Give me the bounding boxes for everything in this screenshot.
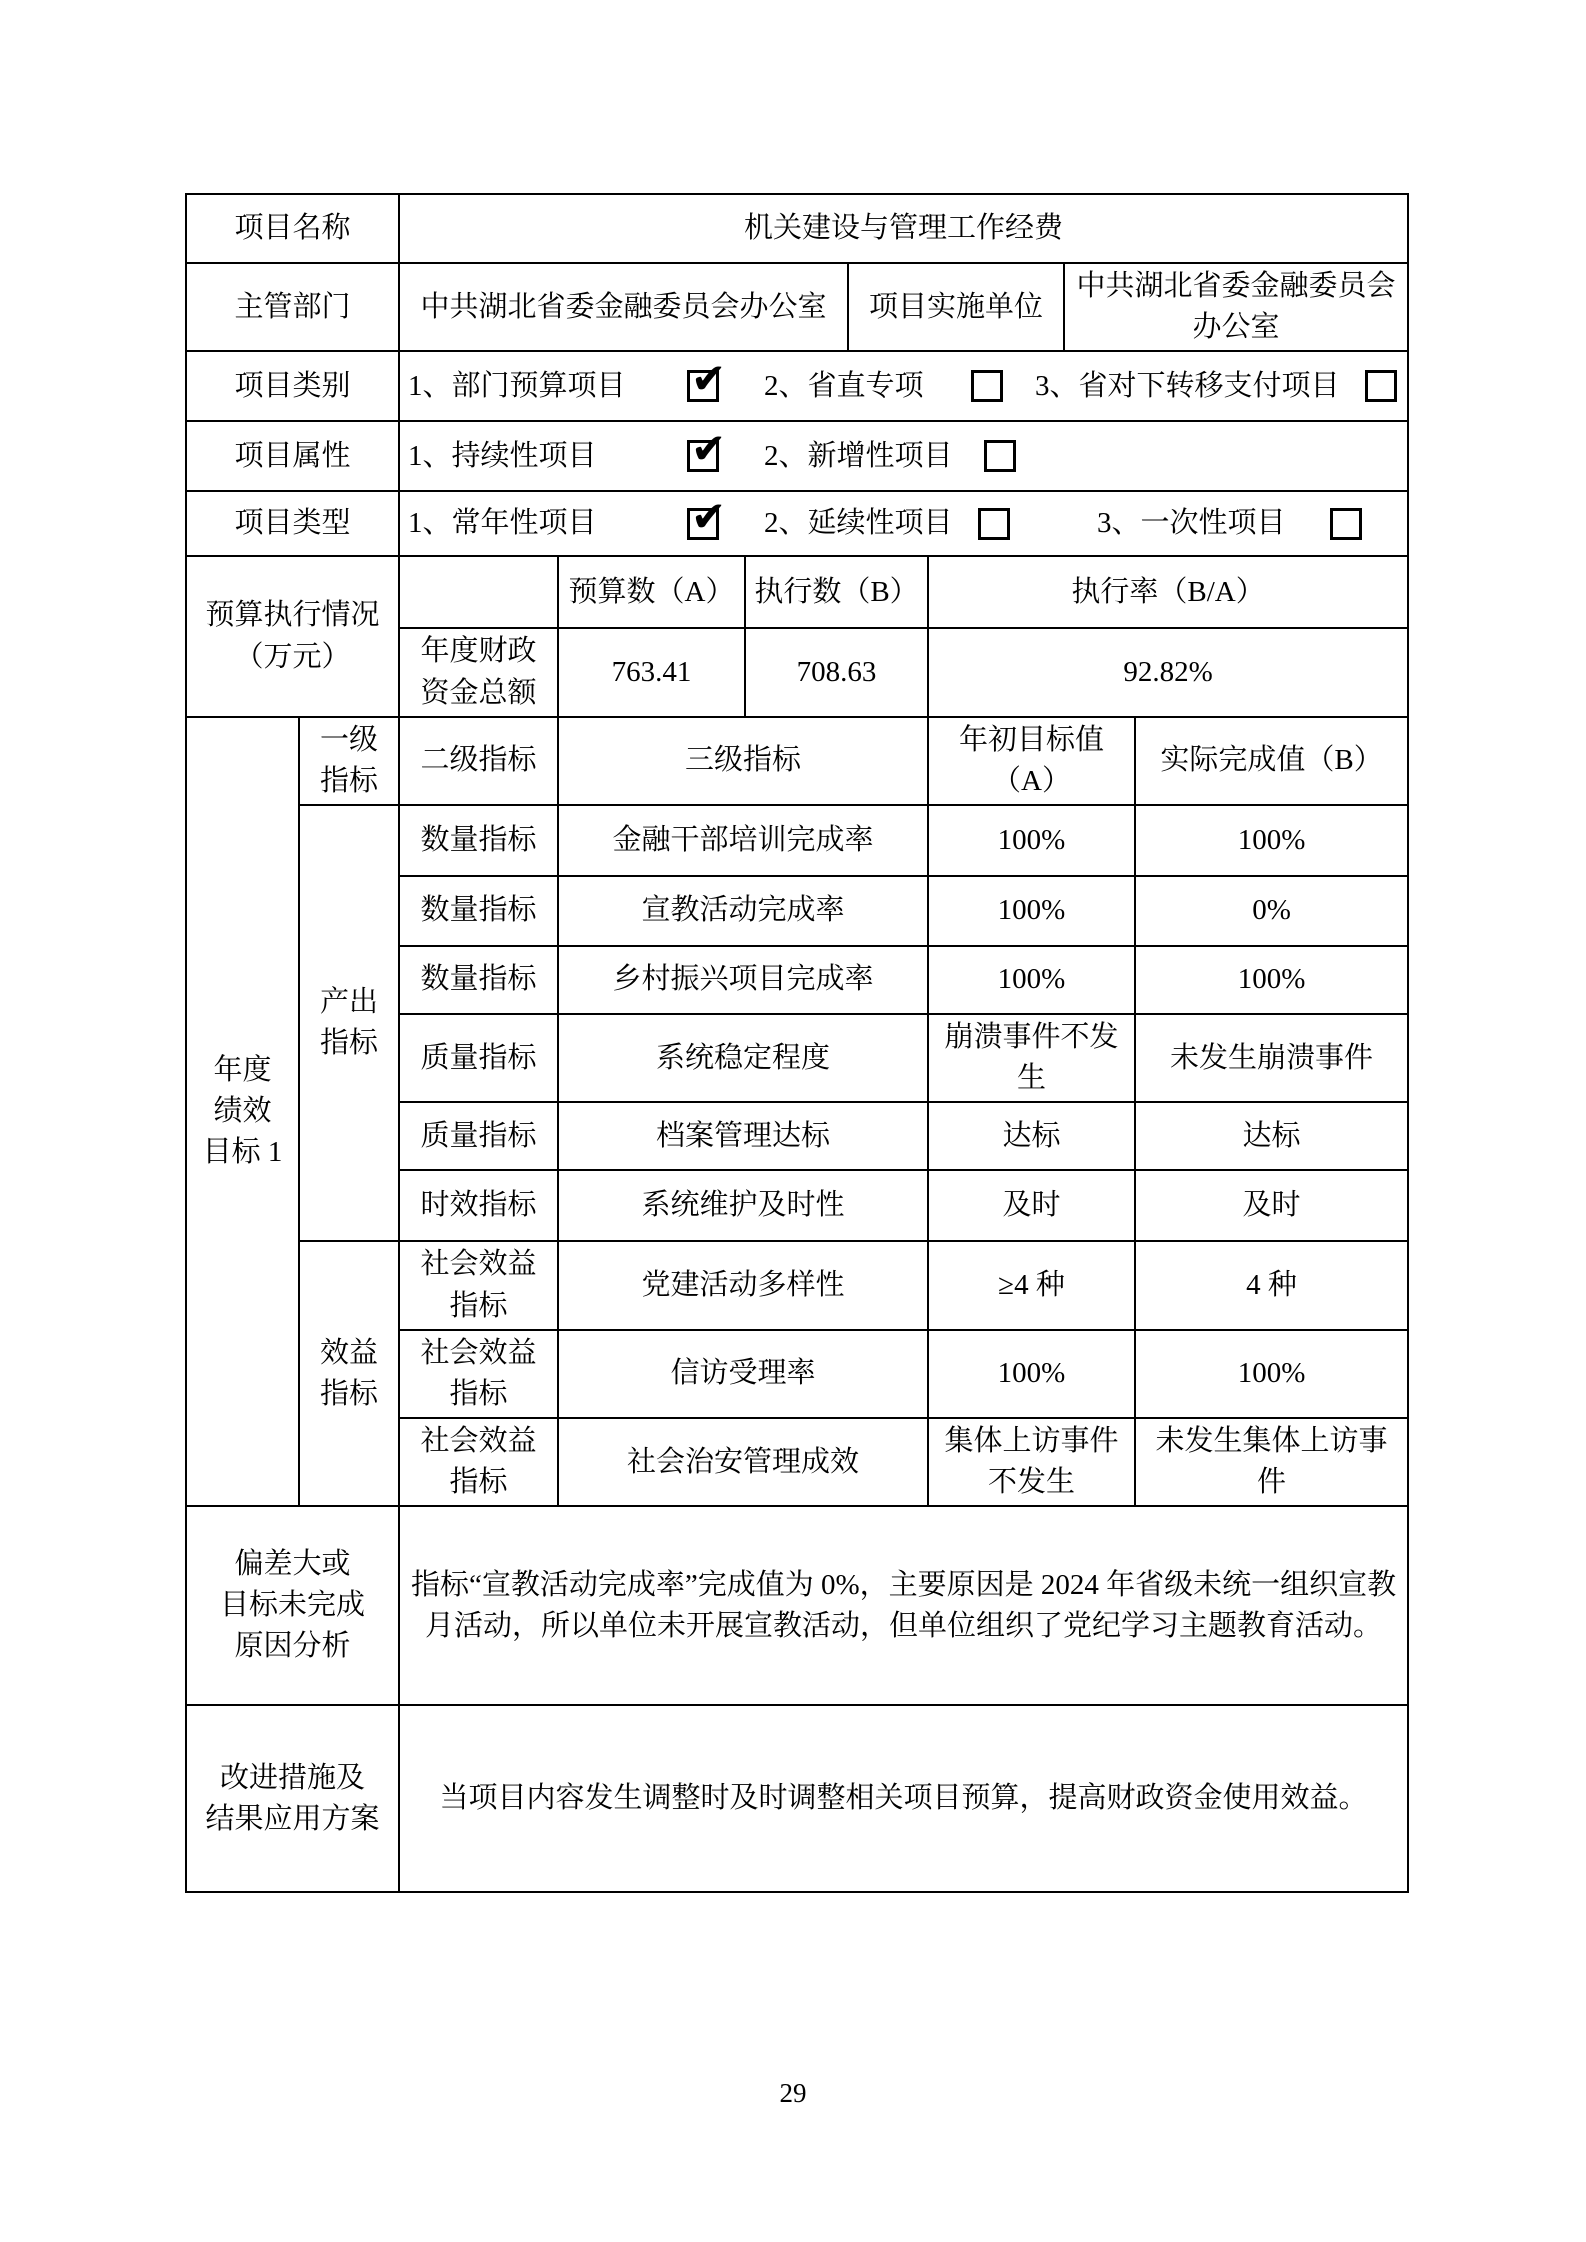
budget-section-label: 预算执行情况 （万元） bbox=[186, 556, 399, 716]
indicator-target: 100% bbox=[928, 1330, 1135, 1418]
indicator-actual: 0% bbox=[1135, 876, 1408, 946]
level2-header: 二级指标 bbox=[399, 717, 558, 805]
indicator-level3: 社会治安管理成效 bbox=[558, 1418, 928, 1506]
indicator-level2: 社会效益指标 bbox=[399, 1418, 558, 1506]
row-indicator-header: 年度 绩效 目标 1 一级 指标 二级指标 三级指标 年初目标值 （A） 实际完… bbox=[186, 717, 1408, 805]
row-attribute: 项目属性 1、持续性项目 ✔ 2、新增性项目 bbox=[186, 421, 1408, 491]
level3-header: 三级指标 bbox=[558, 717, 928, 805]
indicator-target: 集体上访事件不发生 bbox=[928, 1418, 1135, 1506]
indicator-level2: 社会效益指标 bbox=[399, 1241, 558, 1329]
indicator-target: 达标 bbox=[928, 1102, 1135, 1170]
indicator-level3: 乡村振兴项目完成率 bbox=[558, 946, 928, 1014]
level1-header: 一级 指标 bbox=[299, 717, 399, 805]
indicator-actual: 4 种 bbox=[1135, 1241, 1408, 1329]
category-option-2-label: 2、省直专项 bbox=[764, 366, 971, 407]
indicator-level3: 系统维护及时性 bbox=[558, 1170, 928, 1241]
indicator-actual: 100% bbox=[1135, 1330, 1408, 1418]
improvement-text: 当项目内容发生调整时及时调整相关项目预算，提高财政资金使用效益。 bbox=[399, 1705, 1408, 1892]
ptype-option-3-label: 3、一次性项目 bbox=[1097, 503, 1300, 544]
indicator-actual: 100% bbox=[1135, 946, 1408, 1014]
indicator-target: 及时 bbox=[928, 1170, 1135, 1241]
row-improvement: 改进措施及 结果应用方案 当项目内容发生调整时及时调整相关项目预算，提高财政资金… bbox=[186, 1705, 1408, 1892]
indicator-target: 100% bbox=[928, 805, 1135, 876]
checkbox-category-1-checked: ✔ bbox=[687, 370, 719, 402]
row-project-type: 项目类型 1、常年性项目 ✔ 2、延续性项目 3、一次性项目 bbox=[186, 491, 1408, 556]
indicator-actual: 100% bbox=[1135, 805, 1408, 876]
checkbox-category-3-unchecked bbox=[1365, 370, 1397, 402]
indicator-level2: 质量指标 bbox=[399, 1014, 558, 1102]
performance-table-wrapper: 项目名称 机关建设与管理工作经费 主管部门 中共湖北省委金融委员会办公室 项目实… bbox=[185, 193, 1409, 1893]
indicator-target: 100% bbox=[928, 946, 1135, 1014]
output-indicator-label: 产出 指标 bbox=[299, 805, 399, 1241]
checkbox-attribute-1-checked: ✔ bbox=[687, 440, 719, 472]
impl-unit-label: 项目实施单位 bbox=[848, 263, 1064, 351]
budget-col-b-header: 执行数（B） bbox=[745, 556, 928, 628]
department-label: 主管部门 bbox=[186, 263, 399, 351]
deviation-text: 指标“宣教活动完成率”完成值为 0%，主要原因是 2024 年省级未统一组织宣教… bbox=[399, 1506, 1408, 1705]
benefit-indicator-label: 效益 指标 bbox=[299, 1241, 399, 1506]
document-page: 项目名称 机关建设与管理工作经费 主管部门 中共湖北省委金融委员会办公室 项目实… bbox=[0, 0, 1586, 2242]
indicator-level2: 社会效益指标 bbox=[399, 1330, 558, 1418]
budget-row-label: 年度财政资金总额 bbox=[399, 628, 558, 716]
indicator-level2: 时效指标 bbox=[399, 1170, 558, 1241]
improvement-label: 改进措施及 结果应用方案 bbox=[186, 1705, 399, 1892]
indicator-level3: 宣教活动完成率 bbox=[558, 876, 928, 946]
row-department: 主管部门 中共湖北省委金融委员会办公室 项目实施单位 中共湖北省委金融委员会办公… bbox=[186, 263, 1408, 351]
performance-table: 项目名称 机关建设与管理工作经费 主管部门 中共湖北省委金融委员会办公室 项目实… bbox=[185, 193, 1409, 1893]
indicator-level3: 系统稳定程度 bbox=[558, 1014, 928, 1102]
indicator-actual: 及时 bbox=[1135, 1170, 1408, 1241]
project-type-label: 项目类型 bbox=[186, 491, 399, 556]
category-options: 1、部门预算项目 ✔ 2、省直专项 3、省对下转移支付项目 bbox=[399, 351, 1408, 421]
row-category: 项目类别 1、部门预算项目 ✔ 2、省直专项 3、省对下转移支付项目 bbox=[186, 351, 1408, 421]
indicator-level3: 档案管理达标 bbox=[558, 1102, 928, 1170]
indicator-level2: 质量指标 bbox=[399, 1102, 558, 1170]
indicator-actual: 达标 bbox=[1135, 1102, 1408, 1170]
ptype-option-1-label: 1、常年性项目 bbox=[408, 503, 687, 544]
page-number: 29 bbox=[0, 2078, 1586, 2109]
indicator-target: 100% bbox=[928, 876, 1135, 946]
indicator-level3: 金融干部培训完成率 bbox=[558, 805, 928, 876]
budget-value-rate: 92.82% bbox=[928, 628, 1408, 716]
indicator-actual: 未发生集体上访事件 bbox=[1135, 1418, 1408, 1506]
category-option-3-label: 3、省对下转移支付项目 bbox=[1035, 366, 1357, 407]
actual-header: 实际完成值（B） bbox=[1135, 717, 1408, 805]
row-project-name: 项目名称 机关建设与管理工作经费 bbox=[186, 194, 1408, 263]
indicator-level3: 党建活动多样性 bbox=[558, 1241, 928, 1329]
indicator-target: ≥4 种 bbox=[928, 1241, 1135, 1329]
target-header: 年初目标值 （A） bbox=[928, 717, 1135, 805]
checkbox-ptype-1-checked: ✔ bbox=[687, 508, 719, 540]
row-deviation: 偏差大或 目标未完成 原因分析 指标“宣教活动完成率”完成值为 0%，主要原因是… bbox=[186, 1506, 1408, 1705]
indicator-level2: 数量指标 bbox=[399, 805, 558, 876]
indicator-level2: 数量指标 bbox=[399, 946, 558, 1014]
row-budget-header: 预算执行情况 （万元） 预算数（A） 执行数（B） 执行率（B/A） bbox=[186, 556, 1408, 628]
budget-col-rate-header: 执行率（B/A） bbox=[928, 556, 1408, 628]
checkbox-category-2-unchecked bbox=[971, 370, 1003, 402]
project-name-label: 项目名称 bbox=[186, 194, 399, 263]
indicator-target: 崩溃事件不发生 bbox=[928, 1014, 1135, 1102]
indicator-row: 效益 指标 社会效益指标 党建活动多样性 ≥4 种 4 种 bbox=[186, 1241, 1408, 1329]
annual-goal-label: 年度 绩效 目标 1 bbox=[186, 717, 299, 1507]
budget-value-a: 763.41 bbox=[558, 628, 745, 716]
check-mark-icon: ✔ bbox=[691, 358, 726, 400]
ptype-option-2-label: 2、延续性项目 bbox=[764, 503, 978, 544]
indicator-row: 产出 指标 数量指标 金融干部培训完成率 100% 100% bbox=[186, 805, 1408, 876]
budget-col-a-header: 预算数（A） bbox=[558, 556, 745, 628]
budget-value-b: 708.63 bbox=[745, 628, 928, 716]
category-option-1-label: 1、部门预算项目 bbox=[408, 366, 687, 407]
indicator-level2: 数量指标 bbox=[399, 876, 558, 946]
attribute-label: 项目属性 bbox=[186, 421, 399, 491]
department-value: 中共湖北省委金融委员会办公室 bbox=[399, 263, 848, 351]
project-type-options: 1、常年性项目 ✔ 2、延续性项目 3、一次性项目 bbox=[399, 491, 1408, 556]
impl-unit-value: 中共湖北省委金融委员会办公室 bbox=[1064, 263, 1408, 351]
indicator-actual: 未发生崩溃事件 bbox=[1135, 1014, 1408, 1102]
indicator-level3: 信访受理率 bbox=[558, 1330, 928, 1418]
checkbox-attribute-2-unchecked bbox=[984, 440, 1016, 472]
check-mark-icon: ✔ bbox=[691, 428, 726, 470]
project-name-value: 机关建设与管理工作经费 bbox=[399, 194, 1408, 263]
attribute-options: 1、持续性项目 ✔ 2、新增性项目 bbox=[399, 421, 1408, 491]
attribute-option-2-label: 2、新增性项目 bbox=[764, 436, 984, 477]
category-label: 项目类别 bbox=[186, 351, 399, 421]
budget-empty-cell bbox=[399, 556, 558, 628]
checkbox-ptype-3-unchecked bbox=[1330, 508, 1362, 540]
attribute-option-1-label: 1、持续性项目 bbox=[408, 436, 687, 477]
deviation-label: 偏差大或 目标未完成 原因分析 bbox=[186, 1506, 399, 1705]
check-mark-icon: ✔ bbox=[691, 496, 726, 538]
checkbox-ptype-2-unchecked bbox=[978, 508, 1010, 540]
